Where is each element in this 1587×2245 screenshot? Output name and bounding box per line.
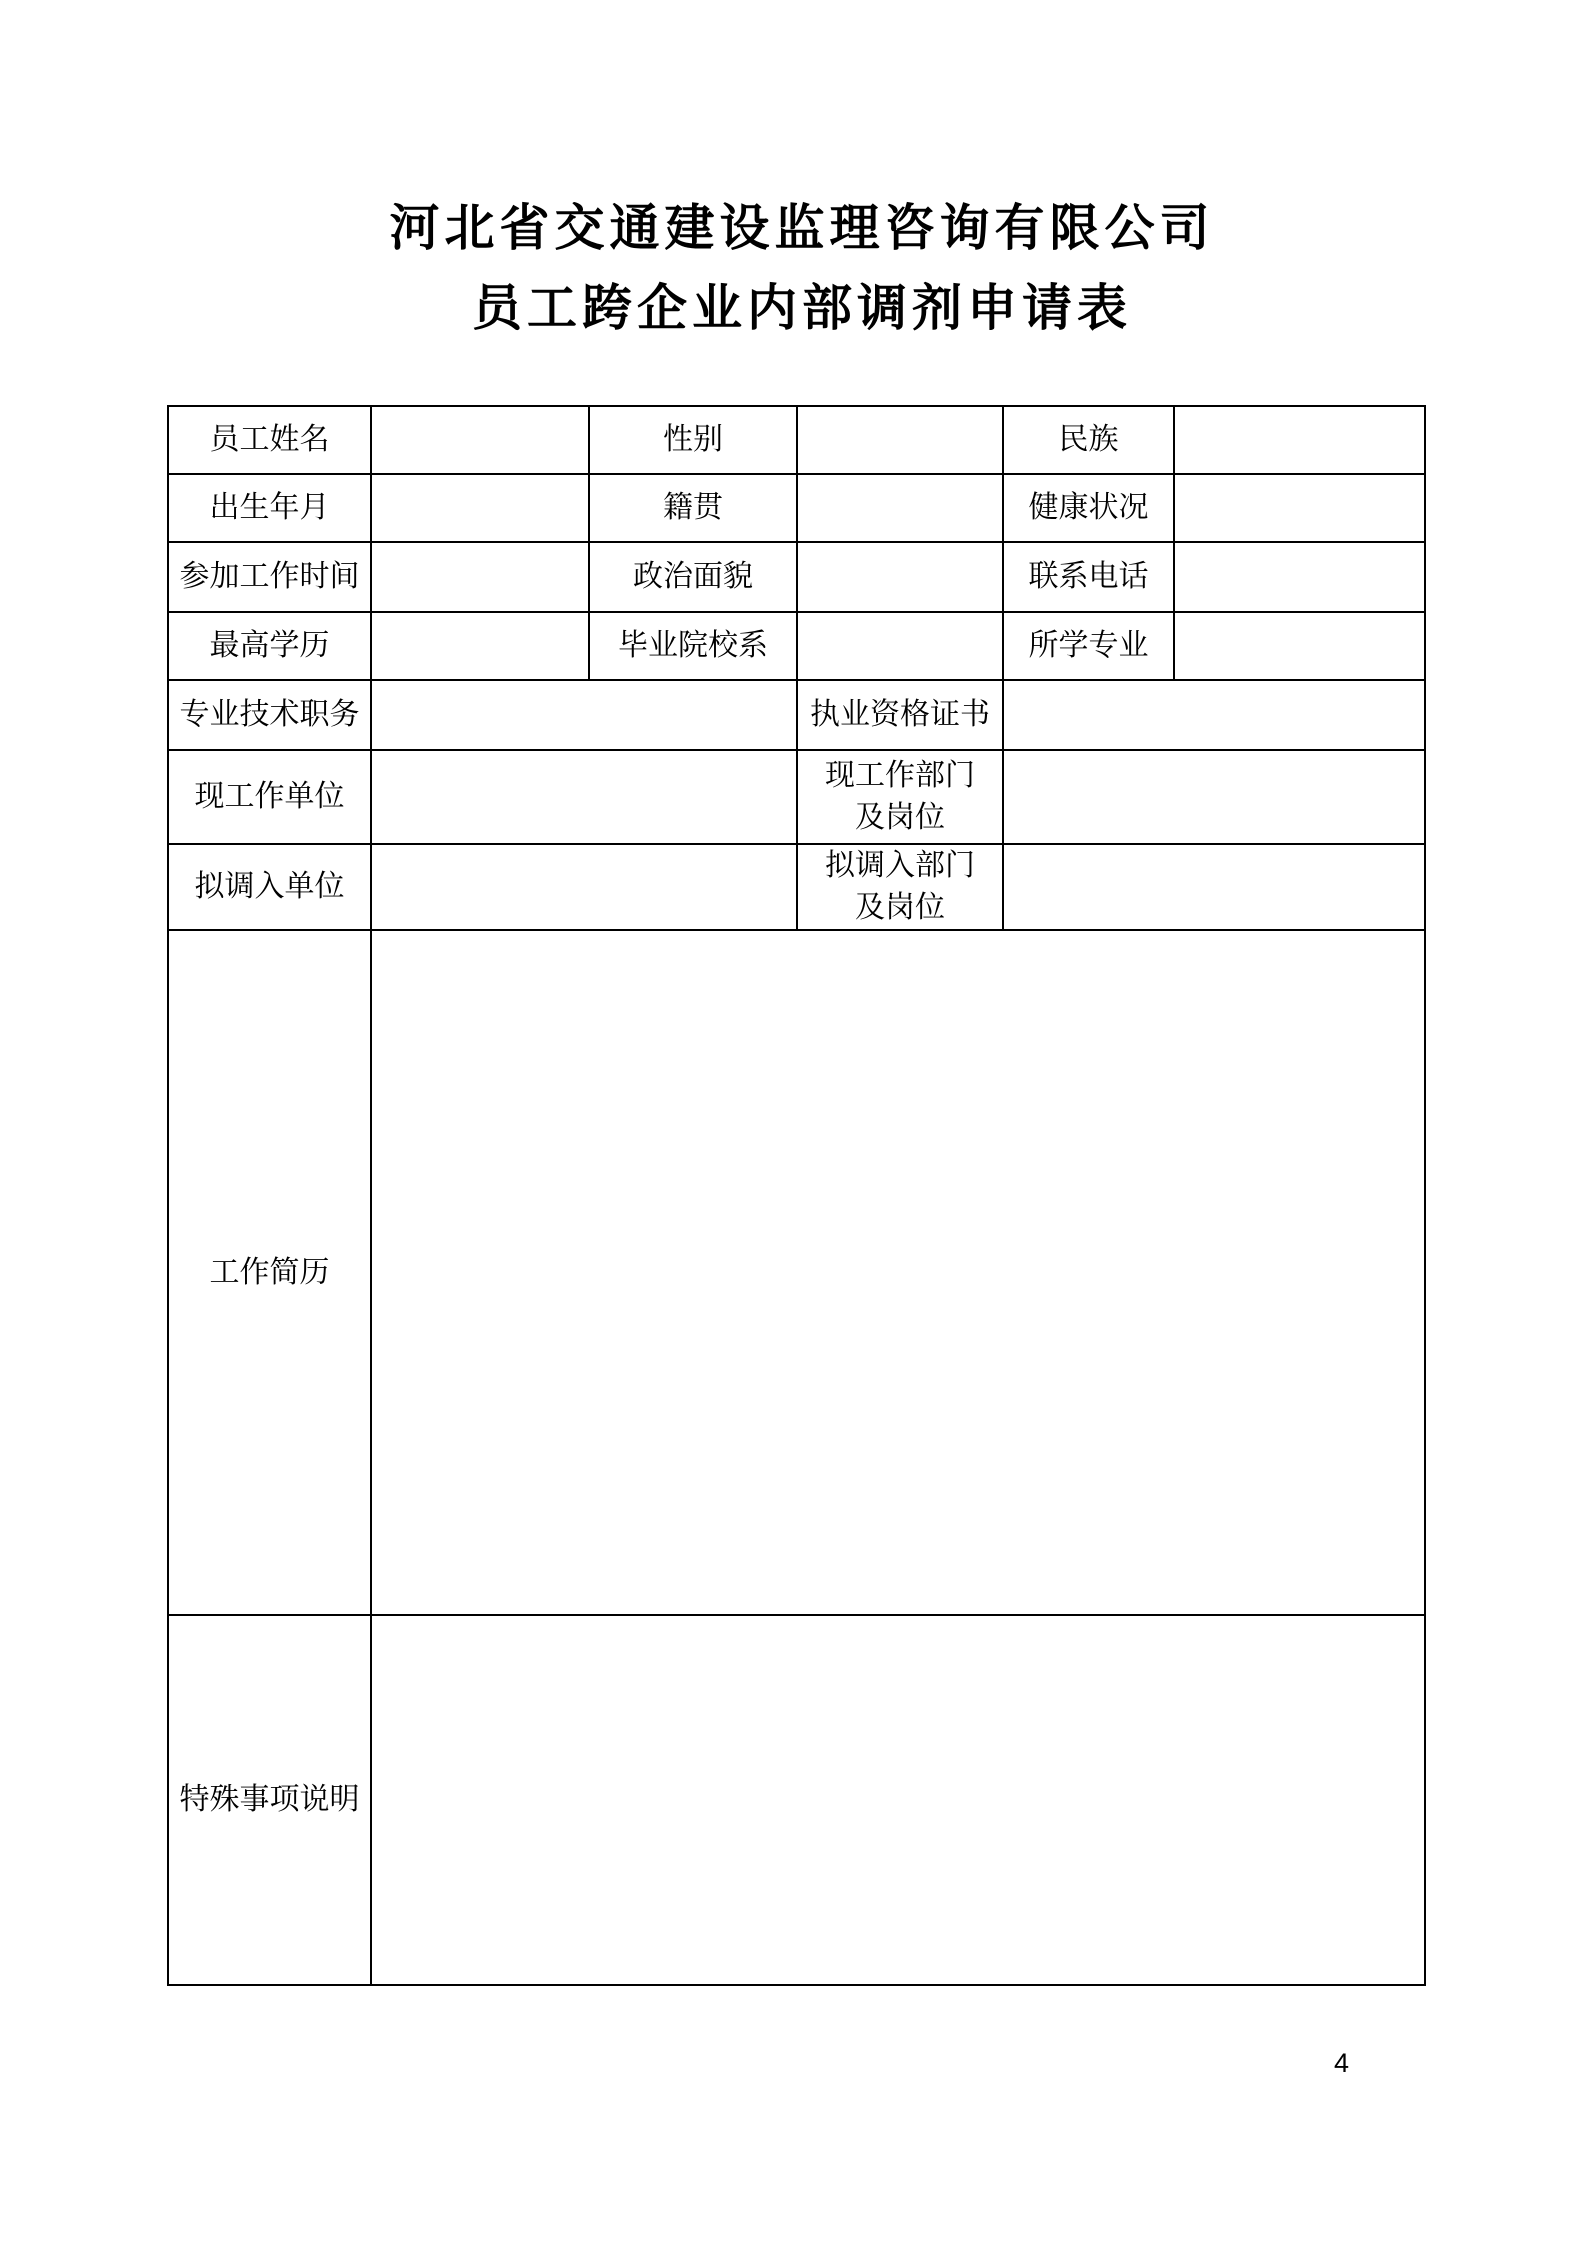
label-graduate-school: 毕业院校系 — [589, 612, 797, 680]
cell-current-employer-value[interactable] — [371, 750, 797, 844]
cell-graduate-school-value[interactable] — [797, 612, 1003, 680]
cell-ethnicity-value[interactable] — [1174, 406, 1425, 474]
cell-employee-name-value[interactable] — [371, 406, 589, 474]
label-current-department: 现工作部门 及岗位 — [797, 750, 1003, 844]
cell-contact-phone-value[interactable] — [1174, 542, 1425, 612]
table-row: 工作简历 — [168, 930, 1425, 1615]
table-row: 最高学历 毕业院校系 所学专业 — [168, 612, 1425, 680]
label-proposed-employer: 拟调入单位 — [168, 844, 371, 930]
cell-work-start-time-value[interactable] — [371, 542, 589, 612]
label-current-employer: 现工作单位 — [168, 750, 371, 844]
label-current-department-line1: 现工作部门 — [802, 755, 998, 797]
table-row: 参加工作时间 政治面貌 联系电话 — [168, 542, 1425, 612]
application-form-table: 员工姓名 性别 民族 出生年月 籍贯 健康状况 参加工作时间 政治面貌 — [167, 405, 1426, 1986]
cell-birth-date-value[interactable] — [371, 474, 589, 542]
cell-special-notes-value[interactable] — [371, 1615, 1425, 1985]
cell-gender-value[interactable] — [797, 406, 1003, 474]
label-major: 所学专业 — [1003, 612, 1174, 680]
cell-professional-title-value[interactable] — [371, 680, 797, 750]
company-name: 河北省交通建设监理咨询有限公司 — [167, 188, 1437, 268]
label-political-status: 政治面貌 — [589, 542, 797, 612]
cell-work-resume-value[interactable] — [371, 930, 1425, 1615]
table-row: 特殊事项说明 — [168, 1615, 1425, 1985]
document-page: 河北省交通建设监理咨询有限公司 员工跨企业内部调剂申请表 员工姓名 性别 民族 … — [0, 0, 1587, 2245]
label-current-department-line2: 及岗位 — [802, 797, 998, 839]
label-proposed-department-line1: 拟调入部门 — [802, 845, 998, 887]
cell-political-status-value[interactable] — [797, 542, 1003, 612]
table-row: 专业技术职务 执业资格证书 — [168, 680, 1425, 750]
form-title: 员工跨企业内部调剂申请表 — [167, 268, 1437, 348]
cell-health-status-value[interactable] — [1174, 474, 1425, 542]
table-row: 员工姓名 性别 民族 — [168, 406, 1425, 474]
cell-practice-certificate-value[interactable] — [1003, 680, 1425, 750]
label-professional-title: 专业技术职务 — [168, 680, 371, 750]
label-special-notes: 特殊事项说明 — [168, 1615, 371, 1985]
label-health-status: 健康状况 — [1003, 474, 1174, 542]
label-contact-phone: 联系电话 — [1003, 542, 1174, 612]
document-title: 河北省交通建设监理咨询有限公司 员工跨企业内部调剂申请表 — [167, 188, 1437, 348]
label-ethnicity: 民族 — [1003, 406, 1174, 474]
label-gender: 性别 — [589, 406, 797, 474]
cell-native-place-value[interactable] — [797, 474, 1003, 542]
label-practice-certificate: 执业资格证书 — [797, 680, 1003, 750]
cell-highest-education-value[interactable] — [371, 612, 589, 680]
label-employee-name: 员工姓名 — [168, 406, 371, 474]
cell-current-department-value[interactable] — [1003, 750, 1425, 844]
label-work-resume: 工作简历 — [168, 930, 371, 1615]
cell-proposed-employer-value[interactable] — [371, 844, 797, 930]
cell-major-value[interactable] — [1174, 612, 1425, 680]
label-highest-education: 最高学历 — [168, 612, 371, 680]
table-row: 现工作单位 现工作部门 及岗位 — [168, 750, 1425, 844]
label-proposed-department-line2: 及岗位 — [802, 887, 998, 929]
cell-proposed-department-value[interactable] — [1003, 844, 1425, 930]
label-native-place: 籍贯 — [589, 474, 797, 542]
label-birth-date: 出生年月 — [168, 474, 371, 542]
page-number: 4 — [1334, 2048, 1349, 2079]
table-row: 出生年月 籍贯 健康状况 — [168, 474, 1425, 542]
label-proposed-department: 拟调入部门 及岗位 — [797, 844, 1003, 930]
table-row: 拟调入单位 拟调入部门 及岗位 — [168, 844, 1425, 930]
label-work-start-time: 参加工作时间 — [168, 542, 371, 612]
